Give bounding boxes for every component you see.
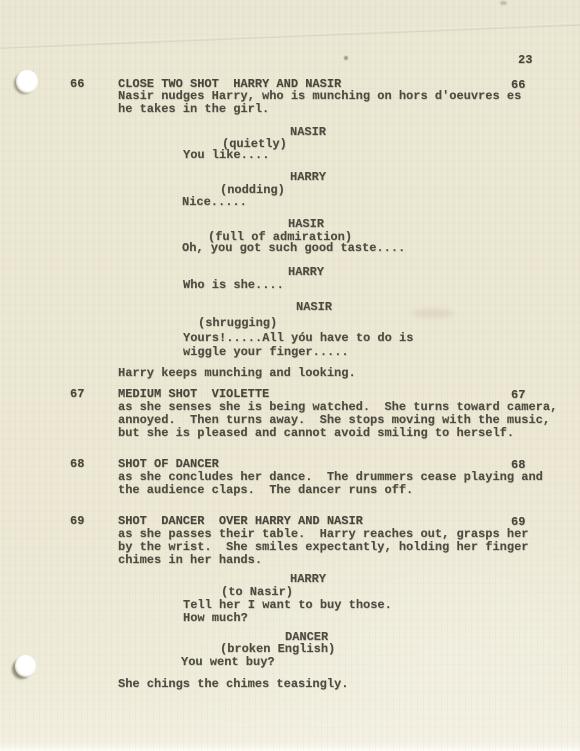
scene-66-dialogue-7: Nice..... (182, 196, 247, 209)
scene-66-parenthetical-14: (shrugging) (198, 317, 277, 330)
scene-69-action-10: She chings the chimes teasingly. (118, 678, 348, 691)
scene-69-dialogue-9: You went buy? (181, 656, 275, 669)
scene-67-number-left: 67 (70, 388, 84, 401)
scene-69-number-left: 69 (70, 515, 84, 528)
scene-66-action-17: Harry keeps munching and looking. (118, 367, 356, 380)
scene-66-action-1: he takes in the girl. (118, 103, 269, 116)
scene-69-action-2: chimes in her hands. (118, 554, 262, 567)
scene-66-dialogue-16: wiggle your finger..... (183, 346, 349, 359)
punch-hole-bottom (15, 655, 36, 677)
ink-smudge-dot (344, 56, 348, 60)
scene-67-action-2: but she is pleased and cannot avoid smil… (118, 427, 514, 440)
page-number: 23 (518, 54, 532, 67)
script-page-paper: 23 66CLOSE TWO SHOT HARRY AND NASIR66Nas… (0, 0, 580, 751)
scene-69-character-3: HARRY (290, 573, 326, 586)
scene-68-number-left: 68 (70, 458, 84, 471)
ink-smudge-top-edge (500, 1, 507, 5)
scene-66-dialogue-10: Oh, you got such good taste.... (182, 242, 405, 255)
scene-66-character-2: NASIR (290, 126, 326, 139)
scene-69-dialogue-6: How much? (183, 612, 248, 625)
scene-66-dialogue-15: Yours!.....All yóu have to do is (183, 332, 413, 345)
scene-66-number-left: 66 (70, 78, 84, 91)
scene-66-character-11: HARRY (288, 266, 324, 279)
punch-hole-top (16, 70, 38, 93)
ink-smudge-faint (412, 309, 454, 318)
scene-66-dialogue-12: Who is she.... (183, 279, 284, 292)
scene-66-character-13: NASIR (296, 301, 332, 314)
scene-66-character-5: HARRY (290, 171, 326, 184)
scene-66-dialogue-4: You like.... (183, 149, 269, 162)
scene-68-action-1: the audience claps. The dancer runs off. (118, 484, 413, 497)
